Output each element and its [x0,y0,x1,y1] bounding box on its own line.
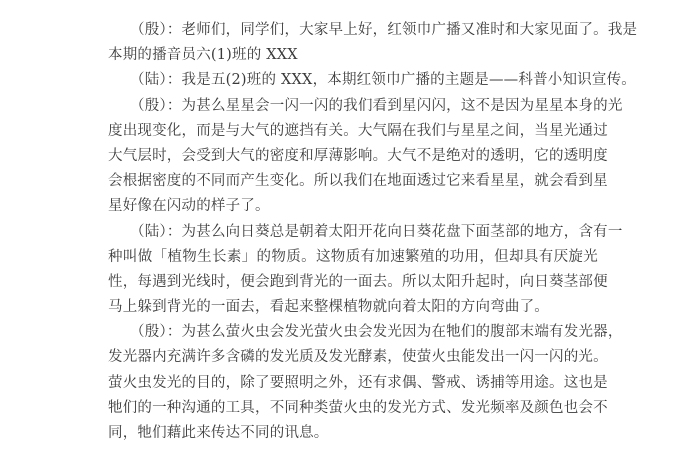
paragraph-lu-intro: （陆）：我是五(2)班的 XXX，本期红领巾广播的主题是——科普小知识宣传。 [108,68,598,93]
text-line: 同，牠们藉此来传达不同的讯息。 [108,421,598,446]
text-line: （殷）：为甚么萤火虫会发光萤火虫会发光因为在牠们的腹部末端有发光器， [108,320,598,345]
text-line: 大气层时，会受到大气的密度和厚薄影响。大气不是绝对的透明，它的透明度 [108,144,598,169]
text-line: （殷）：老师们，同学们，大家早上好，红领巾广播又准时和大家见面了。我是 [108,18,598,43]
text-line: （陆）：为甚么向日葵总是朝着太阳开花向日葵花盘下面茎部的地方，含有一 [108,220,598,245]
paragraph-lu-sunflower: （陆）：为甚么向日葵总是朝着太阳开花向日葵花盘下面茎部的地方，含有一 种叫做「植… [108,220,598,321]
text-line: 马上躲到背光的一面去，看起来整棵植物就向着太阳的方向弯曲了。 [108,295,598,320]
paragraph-yin-greeting: （殷）：老师们，同学们，大家早上好，红领巾广播又准时和大家见面了。我是 本期的播… [108,18,598,68]
text-line: 本期的播音员六(1)班的 XXX [108,43,598,68]
text-line: 牠们的一种沟通的工具，不同种类萤火虫的发光方式、发光频率及颜色也会不 [108,396,598,421]
text-line: 种叫做「植物生长素」的物质。这物质有加速繁殖的功用，但却具有厌旋光 [108,245,598,270]
paragraph-yin-stars: （殷）：为甚么星星会一闪一闪的我们看到星闪闪，这不是因为星星本身的光 度出现变化… [108,94,598,220]
text-line: 度出现变化，而是与大气的遮挡有关。大气隔在我们与星星之间，当星光通过 [108,119,598,144]
document-body: （殷）：老师们，同学们，大家早上好，红领巾广播又准时和大家见面了。我是 本期的播… [108,18,598,446]
text-line: 会根据密度的不同而产生变化。所以我们在地面透过它来看星星，就会看到星 [108,169,598,194]
text-line: 星好像在闪动的样子了。 [108,194,598,219]
text-line: 萤火虫发光的目的，除了要照明之外，还有求偶、警戒、诱捕等用途。这也是 [108,371,598,396]
text-line: （殷）：为甚么星星会一闪一闪的我们看到星闪闪，这不是因为星星本身的光 [108,94,598,119]
text-line: 性，每遇到光线时，便会跑到背光的一面去。所以太阳升起时，向日葵茎部便 [108,270,598,295]
text-line: （陆）：我是五(2)班的 XXX，本期红领巾广播的主题是——科普小知识宣传。 [108,68,598,93]
text-line: 发光器内充满许多含磷的发光质及发光酵素，使萤火虫能发出一闪一闪的光。 [108,345,598,370]
paragraph-yin-firefly: （殷）：为甚么萤火虫会发光萤火虫会发光因为在牠们的腹部末端有发光器， 发光器内充… [108,320,598,446]
document-page: （殷）：老师们，同学们，大家早上好，红领巾广播又准时和大家见面了。我是 本期的播… [0,0,700,470]
